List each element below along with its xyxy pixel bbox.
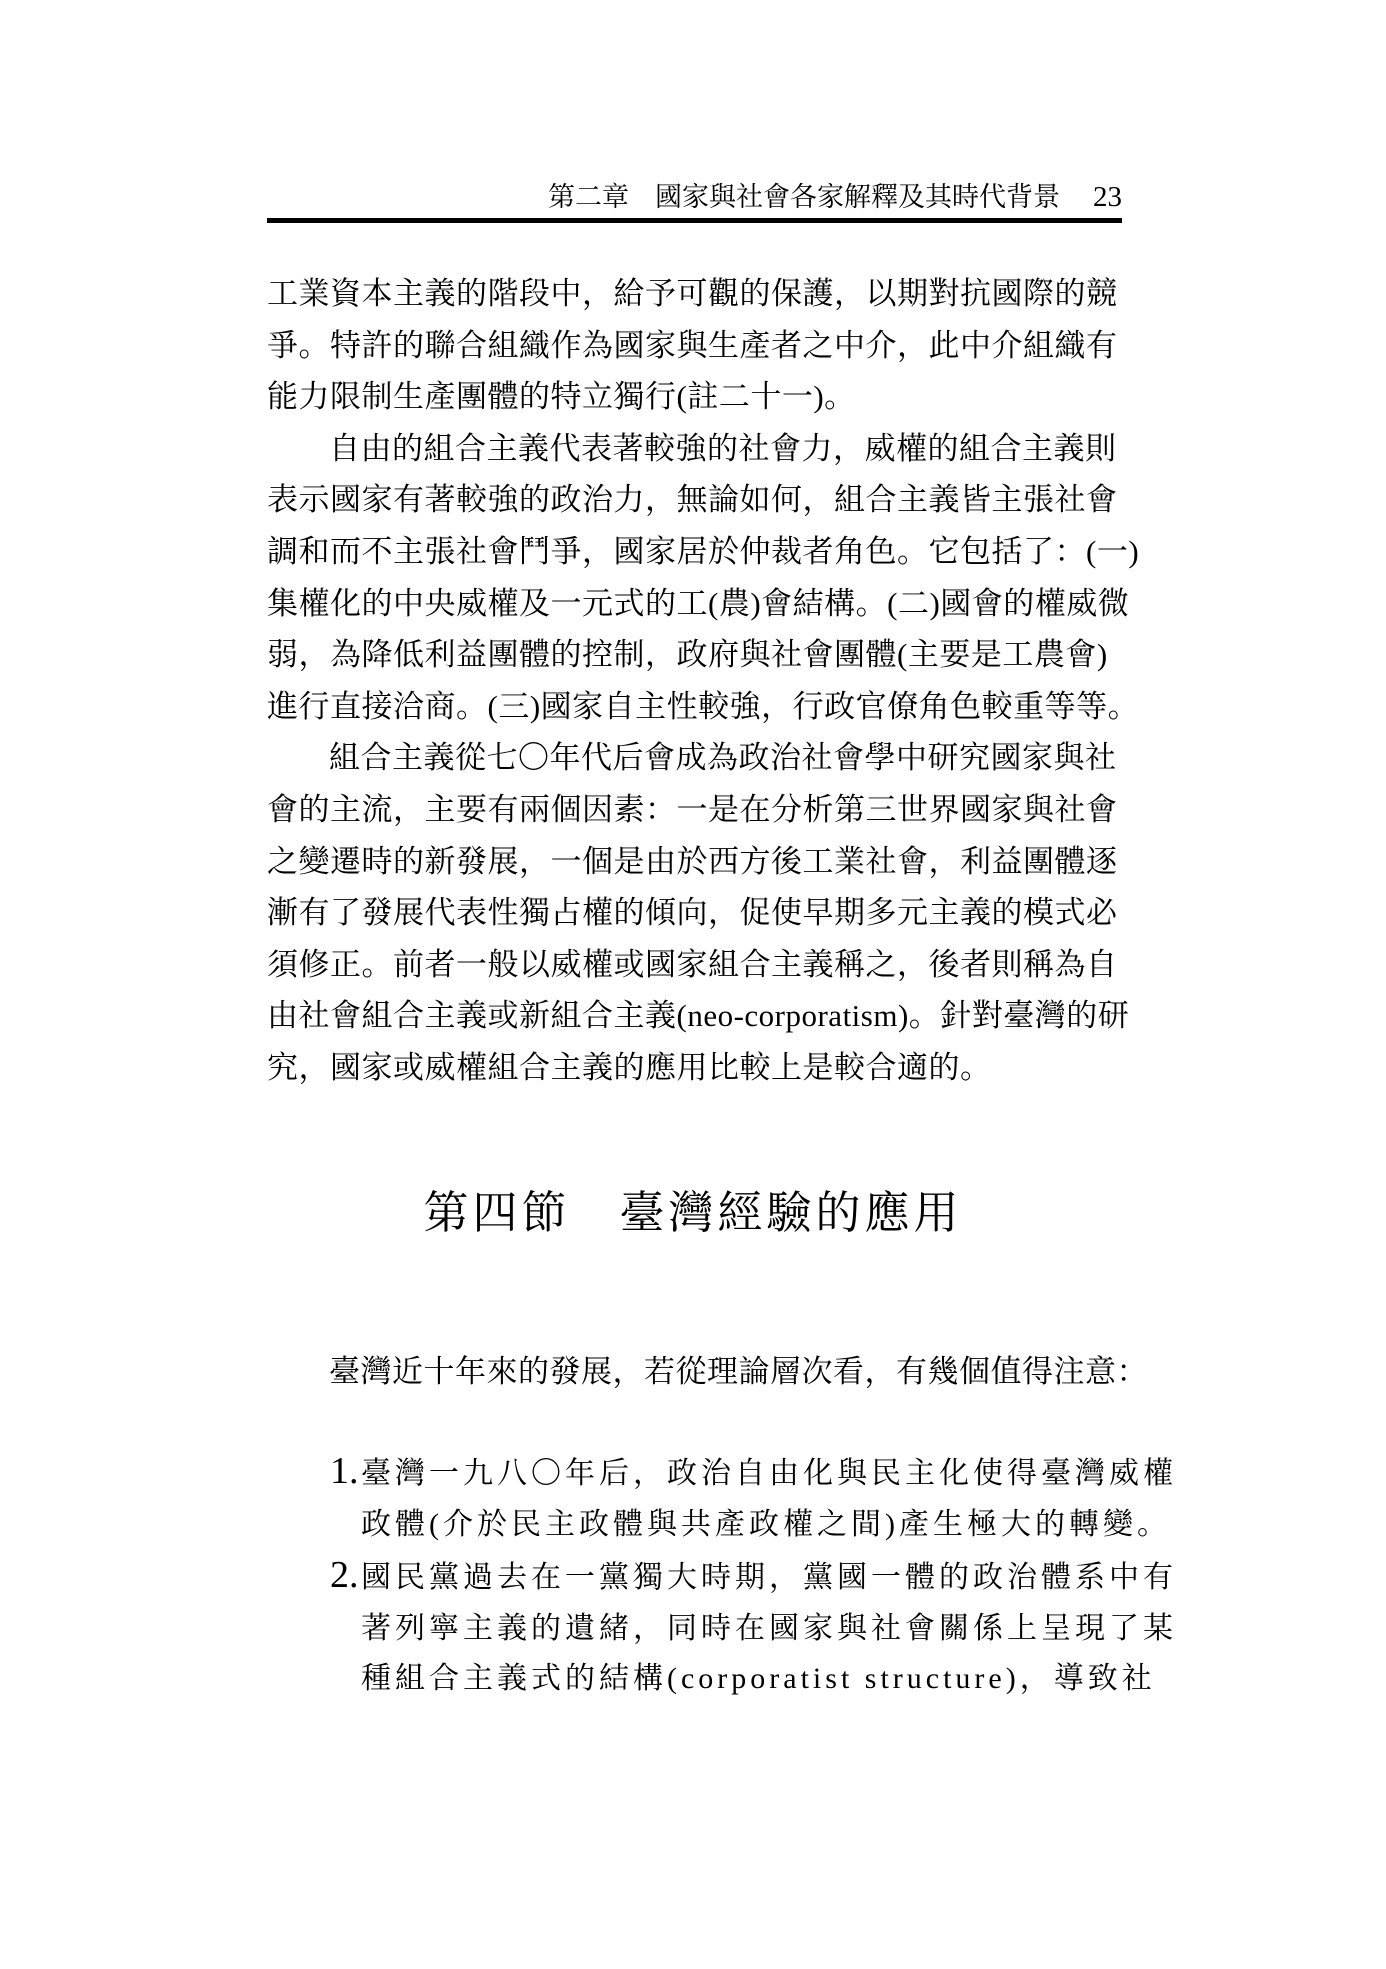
body-line: 能力限制生產團體的特立獨行(註二十一)。 <box>267 371 1119 423</box>
body-line: 自由的組合主義代表著較強的社會力，威權的組合主義則 <box>267 423 1119 475</box>
body-line: 集權化的中央威權及一元式的工(農)會結構。(二)國會的權威微 <box>267 578 1119 630</box>
numbered-list: 1.臺灣一九八〇年后，政治自由化與民主化使得臺灣威權 政體(介於民主政體與共產政… <box>330 1446 1140 1705</box>
body-line: 會的主流，主要有兩個因素：一是在分析第三世界國家與社會 <box>267 784 1119 836</box>
page-number: 23 <box>1093 181 1122 213</box>
list-item-2-line-1: 2.國民黨過去在一黨獨大時期，黨國一體的政治體系中有 <box>330 1550 1140 1604</box>
running-header: 第二章 國家與社會各家解釋及其時代背景 23 <box>267 181 1122 213</box>
list-item-number: 1. <box>330 1446 361 1497</box>
body-line: 工業資本主義的階段中，給予可觀的保護，以期對抗國際的競 <box>267 268 1119 320</box>
body-line: 漸有了發展代表性獨占權的傾向，促使早期多元主義的模式必 <box>267 887 1119 939</box>
list-item-1-line-1: 1.臺灣一九八〇年后，政治自由化與民主化使得臺灣威權 <box>330 1446 1140 1500</box>
body-line: 組合主義從七〇年代后會成為政治社會學中研究國家與社 <box>267 732 1119 784</box>
body-line: 須修正。前者一般以威權或國家組合主義稱之，後者則稱為自 <box>267 939 1119 991</box>
list-item-1-line-2: 政體(介於民主政體與共產政權之間)產生極大的轉變。 <box>330 1500 1140 1551</box>
section-heading: 第四節 臺灣經驗的應用 <box>267 1186 1119 1240</box>
list-item-number: 2. <box>330 1550 361 1601</box>
body-line: 表示國家有著較強的政治力，無論如何，組合主義皆主張社會 <box>267 474 1119 526</box>
chapter-label: 第二章 <box>548 181 629 213</box>
body-text: 工業資本主義的階段中，給予可觀的保護，以期對抗國際的競 爭。特許的聯合組織作為國… <box>267 268 1119 1094</box>
list-item-text: 臺灣一九八〇年后，政治自由化與民主化使得臺灣威權 <box>361 1457 1177 1490</box>
body-line: 究，國家或威權組合主義的應用比較上是較合適的。 <box>267 1042 1119 1094</box>
body-line: 進行直接洽商。(三)國家自主性較強，行政官僚角色較重等等。 <box>267 681 1119 733</box>
intro-paragraph: 臺灣近十年來的發展，若從理論層次看，有幾個值得注意： <box>267 1352 1119 1392</box>
body-line: 爭。特許的聯合組織作為國家與生產者之中介，此中介組織有 <box>267 320 1119 372</box>
header-rule <box>267 218 1122 223</box>
list-item-2-line-2: 著列寧主義的遺緒，同時在國家與社會關係上呈現了某 <box>330 1604 1140 1655</box>
book-page: 第二章 國家與社會各家解釋及其時代背景 23 工業資本主義的階段中，給予可觀的保… <box>0 0 1386 1969</box>
body-line: 調和而不主張社會鬥爭，國家居於仲裁者角色。它包括了：(一) <box>267 526 1119 578</box>
body-line: 之變遷時的新發展，一個是由於西方後工業社會，利益團體逐 <box>267 836 1119 888</box>
body-line: 弱，為降低利益團體的控制，政府與社會團體(主要是工農會) <box>267 629 1119 681</box>
body-line: 由社會組合主義或新組合主義(neo-corporatism)。針對臺灣的研 <box>267 990 1119 1042</box>
list-item-2-line-3: 種組合主義式的結構(corporatist structure)，導致社 <box>330 1654 1140 1705</box>
chapter-title: 國家與社會各家解釋及其時代背景 <box>655 181 1060 213</box>
list-item-text: 國民黨過去在一黨獨大時期，黨國一體的政治體系中有 <box>361 1561 1177 1594</box>
